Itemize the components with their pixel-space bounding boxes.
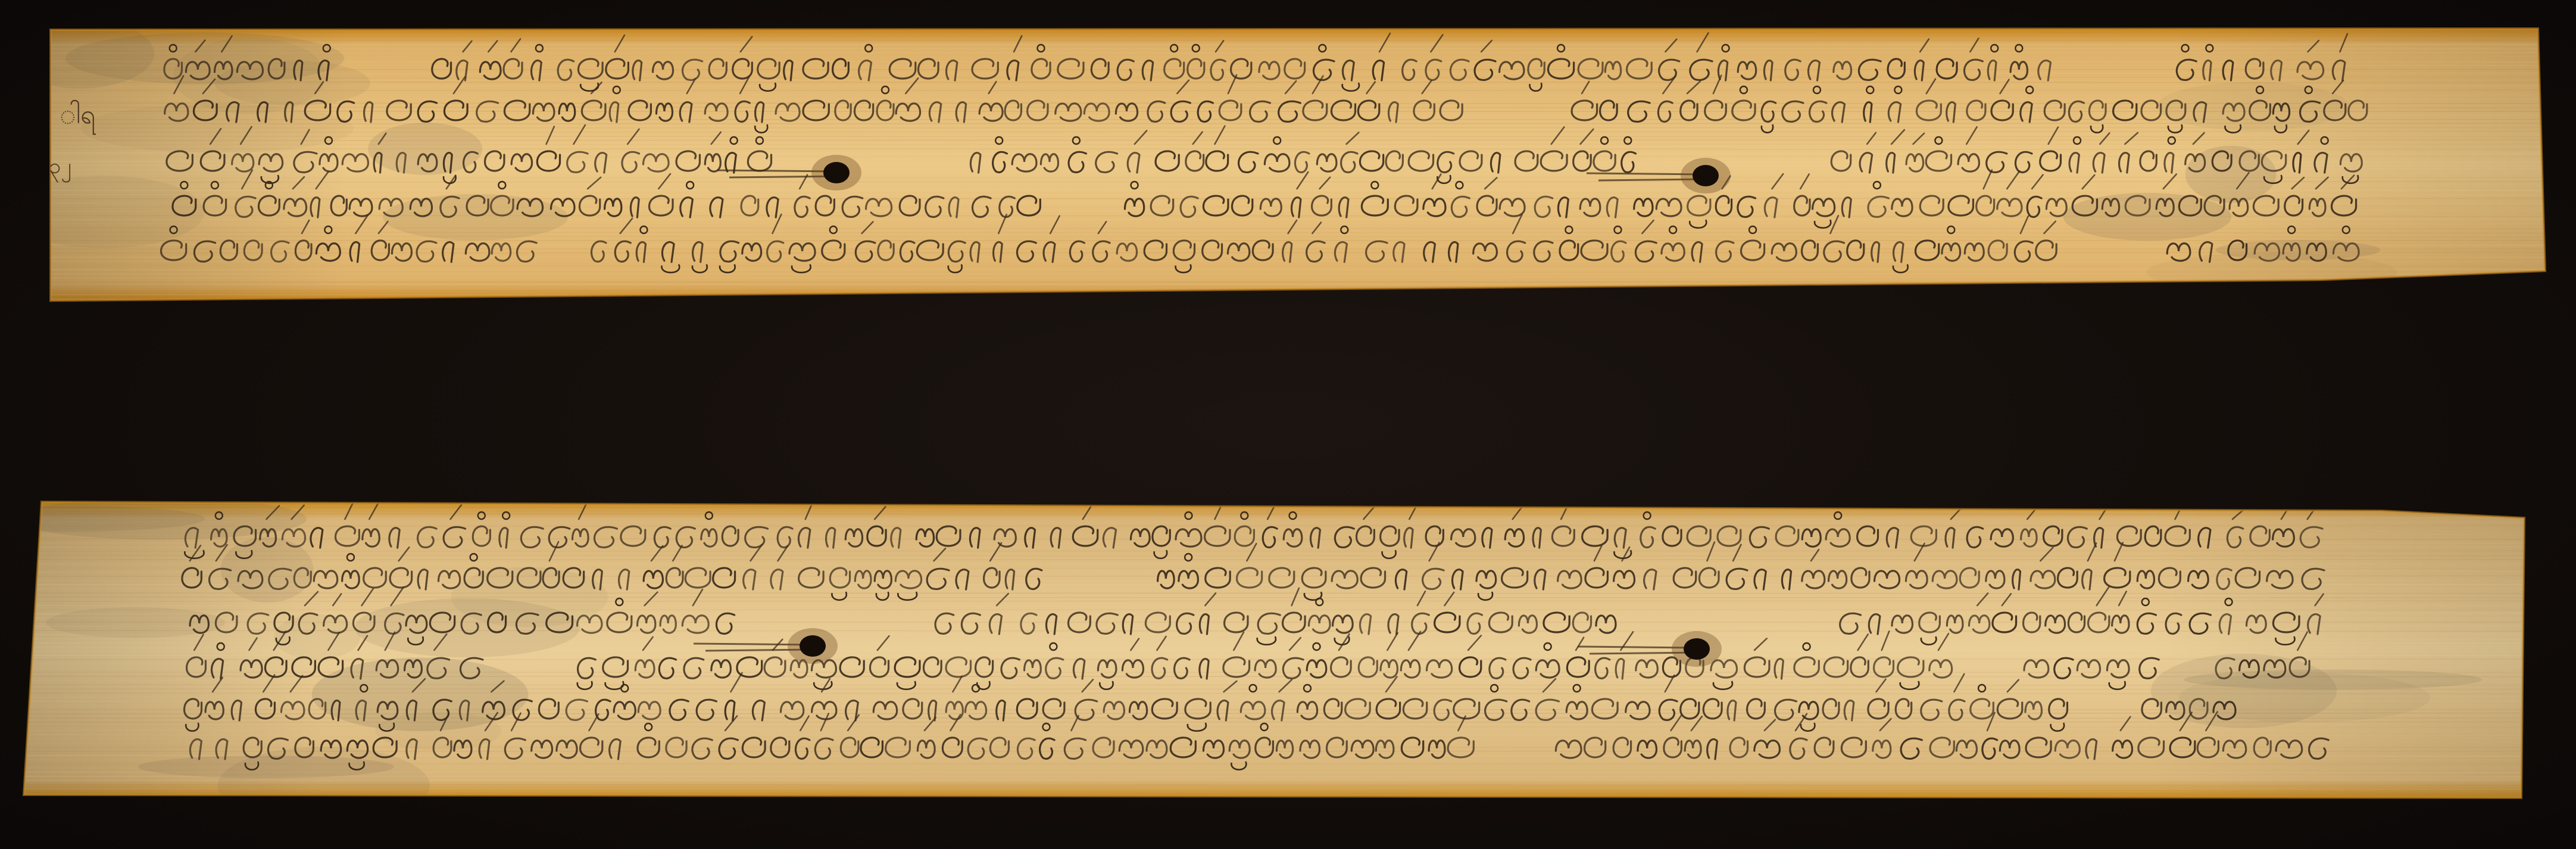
margin-mark: ၃၂ — [49, 152, 71, 184]
lower-leaf-surface — [0, 0, 2576, 849]
binding-hole — [1684, 638, 1710, 660]
binding-hole — [800, 635, 826, 657]
lower-palm-leaf: Lower palm leaf — [0, 0, 2576, 849]
leaf-number-mark: ါရ — [60, 98, 95, 136]
